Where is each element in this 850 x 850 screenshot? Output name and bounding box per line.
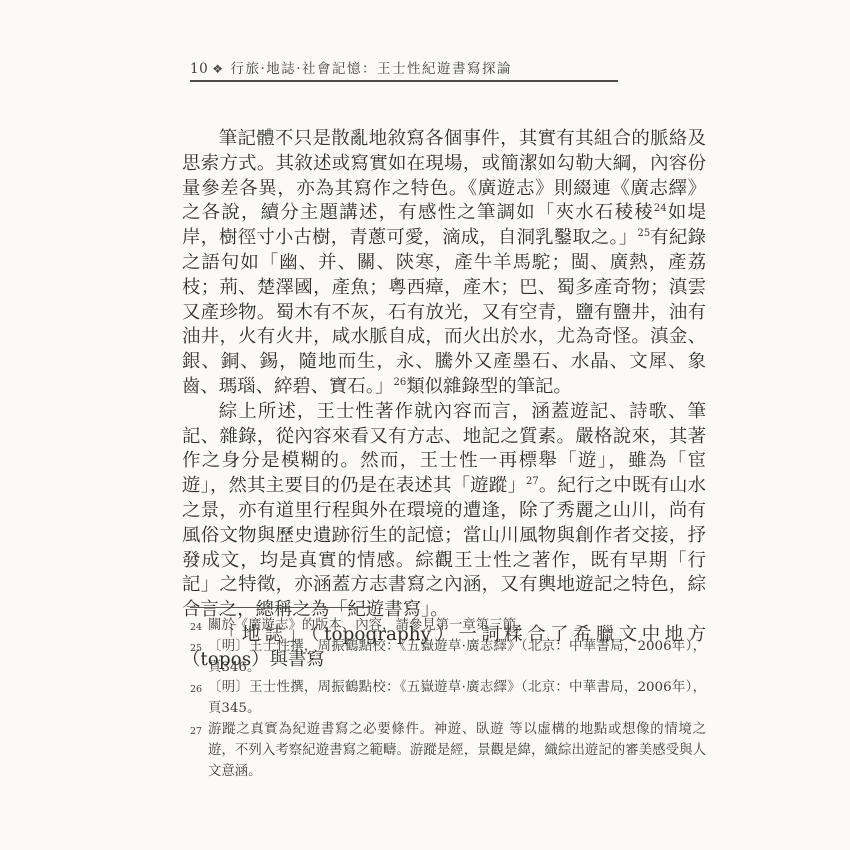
- header-ornament-icon: ❖: [212, 62, 224, 76]
- scanned-book-page: 10❖行旅·地誌·社會記憶：王士性紀遊書寫探論 筆記體不只是散亂地敘寫各個事件，…: [0, 0, 850, 850]
- header-rule: [190, 80, 618, 82]
- page-number: 10: [190, 61, 208, 77]
- footnote: 27游蹤之真實為紀遊書寫之必要條件。神遊、臥遊 等以虛構的地點或想像的情境之遊，…: [190, 720, 706, 782]
- body-paragraph: 筆記體不只是散亂地敘寫各個事件，其實有其組合的脈絡及思索方式。其敘述或寫實如在現…: [182, 127, 706, 400]
- footnote: 24關於《廣遊志》的版本、內容，請參見第一章第三節。: [190, 616, 706, 637]
- footnote-text: 〔明〕王士性撰，周振鶴點校：《五嶽遊草·廣志繹》（北京：中華書局，2006年），…: [208, 680, 706, 716]
- footnote-ref: 25: [637, 228, 650, 239]
- footnote-number: 25: [190, 639, 202, 660]
- body-text: 筆記體不只是散亂地敘寫各個事件，其實有其組合的脈絡及思索方式。其敘述或寫實如在現…: [182, 127, 706, 673]
- footnote-text: 〔明〕王士性撰，周振鶴點校：《五嶽遊草·廣志繹》（北京：中華書局，2006年），…: [208, 639, 706, 675]
- footnote-ref: 27: [526, 476, 539, 487]
- footnote-number: 27: [190, 722, 202, 743]
- footnote-number: 24: [190, 618, 202, 639]
- footnote-text: 關於《廣遊志》的版本、內容，請參見第一章第三節。: [208, 618, 529, 633]
- footnote-separator: [190, 607, 373, 608]
- running-header: 10❖行旅·地誌·社會記憶：王士性紀遊書寫探論: [190, 57, 660, 77]
- footnote-list: 24關於《廣遊志》的版本、內容，請參見第一章第三節。25〔明〕王士性撰，周振鶴點…: [190, 616, 706, 782]
- footnote-ref: 24: [654, 203, 667, 214]
- footnote-number: 26: [190, 680, 202, 701]
- footnote: 26〔明〕王士性撰，周振鶴點校：《五嶽遊草·廣志繹》（北京：中華書局，2006年…: [190, 678, 706, 720]
- running-header-title: 行旅·地誌·社會記憶：王士性紀遊書寫探論: [230, 61, 512, 77]
- footnote-text: 游蹤之真實為紀遊書寫之必要條件。神遊、臥遊 等以虛構的地點或想像的情境之遊，不列…: [208, 722, 706, 779]
- footnote: 25〔明〕王士性撰，周振鶴點校：《五嶽遊草·廣志繹》（北京：中華書局，2006年…: [190, 637, 706, 679]
- footnote-ref: 26: [394, 377, 407, 388]
- body-paragraph: 綜上所述，王士性著作就內容而言，涵蓋遊記、詩歌、筆記、雜錄，從內容來看又有方志、…: [182, 400, 706, 623]
